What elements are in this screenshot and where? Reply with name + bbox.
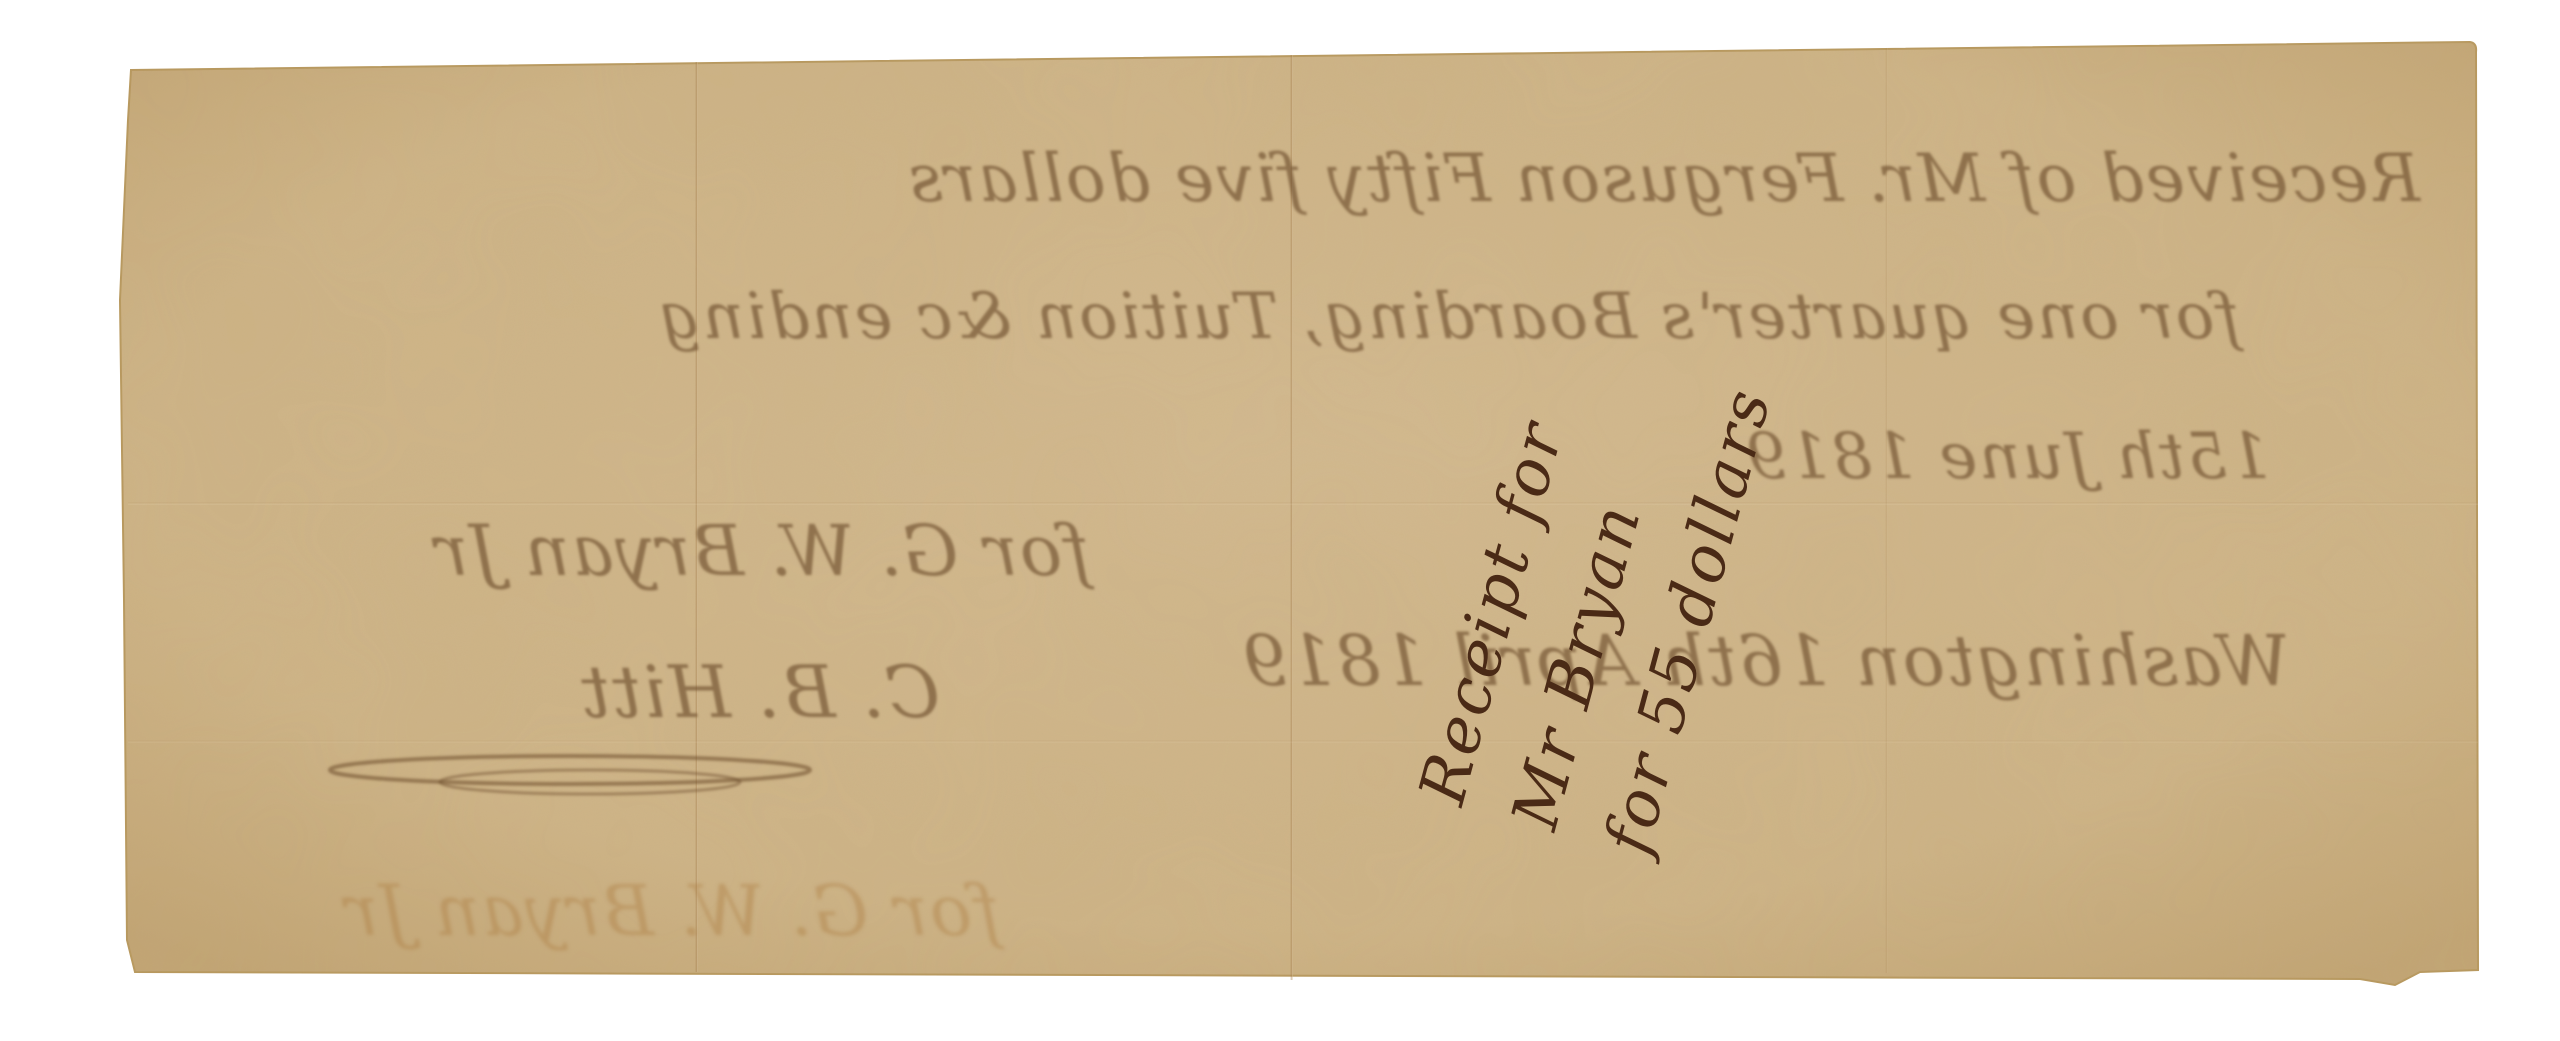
bleed-line-received: Received of Mr. Ferguson Fifty five doll… <box>907 140 2420 217</box>
bleed-line-boarding: for one quarter's Boarding, Tuition &c e… <box>658 280 2240 354</box>
signature-flourish <box>320 740 820 820</box>
receipt-document: Received of Mr. Ferguson Fifty five doll… <box>0 0 2560 1041</box>
bleed-line-date-ending: 15th June 1819 <box>1744 420 2270 494</box>
fold-crease-horizontal <box>128 502 2478 505</box>
bleed-line-place-date: Washington 16th April 1819 <box>1241 620 2290 702</box>
bleed-line-for-bryan: for G. W. Bryan Jr <box>433 510 1090 592</box>
bleed-offset-ghost: for G. W. Bryan Jr <box>343 870 1000 952</box>
bleed-signature: C. B. Hitt <box>579 650 940 734</box>
